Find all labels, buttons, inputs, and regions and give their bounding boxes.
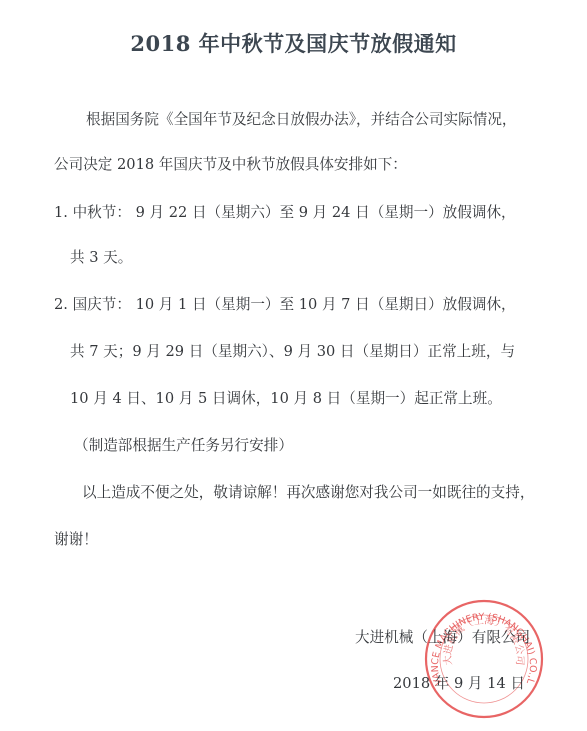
signature-company: 大进机械（上海）有限公司 (355, 626, 530, 647)
intro-line-2: 公司决定 2018 年国庆节及中秋节放假具体安排如下： (54, 153, 407, 174)
intro-line-1: 根据国务院《全国年节及纪念日放假办法》，并结合公司实际情况， (86, 108, 517, 129)
signature-date: 2018 年 9 月 14 日 (393, 672, 525, 693)
document-title: 2018 年中秋节及国庆节放假通知 (0, 28, 587, 58)
company-seal-icon: ADVANCE MACHINERY (SHANGHAI) CO.,LTD. 大进… (423, 598, 545, 720)
closing-line-1: 以上造成不便之处，敬请谅解！再次感谢您对我公司一如既往的支持， (82, 481, 534, 502)
item-1-line-1: 1. 中秋节： 9 月 22 日（星期六）至 9 月 24 日（星期一）放假调休… (54, 201, 516, 222)
item-2-line-1: 2. 国庆节： 10 月 1 日（星期一）至 10 月 7 日（星期日）放假调休… (54, 293, 516, 314)
closing-line-2: 谢谢！ (54, 528, 98, 549)
item-2-line-2: 共 7 天；9 月 29 日（星期六）、9 月 30 日（星期日）正常上班，与 (70, 340, 515, 361)
item-1-line-2: 共 3 天。 (70, 246, 132, 267)
production-note: （制造部根据生产任务另行安排） (74, 434, 293, 455)
item-2-line-3: 10 月 4 日、10 月 5 日调休，10 月 8 日（星期一）起正常上班。 (70, 387, 502, 408)
